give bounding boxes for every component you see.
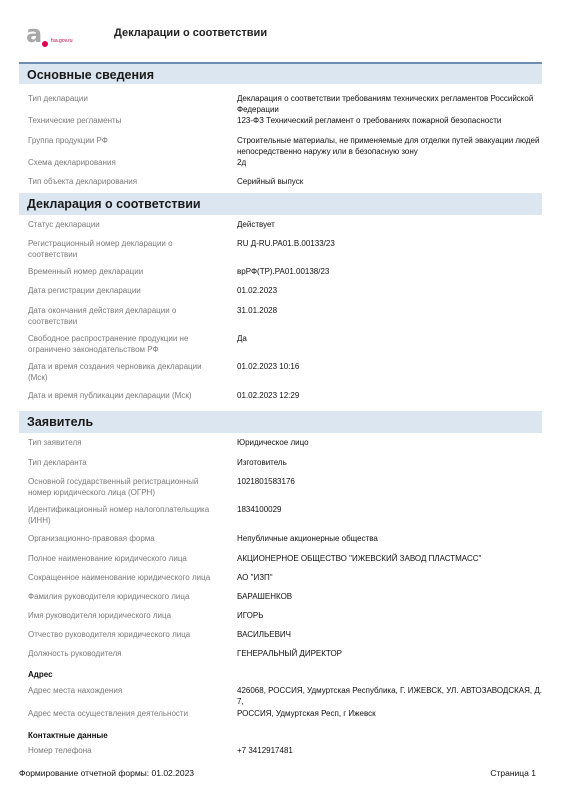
logo-letter: а: [26, 22, 42, 46]
section-declaration-header: Декларация о соответствии: [19, 193, 542, 215]
field-value: Да: [237, 333, 547, 344]
field-value: 01.02.2023 10:16: [237, 361, 547, 372]
page-title: Декларации о соответствии: [114, 27, 267, 39]
field-value: 01.02.2023: [237, 285, 547, 296]
field-value: RU Д-RU.PA01.B.00133/23: [237, 238, 547, 249]
field-label: Фамилия руководителя юридического лица: [28, 591, 223, 602]
field-label: Временный номер декларации: [28, 266, 223, 277]
field-label: Технические регламенты: [28, 115, 223, 126]
field-value: 123-ФЗ Технический регламент о требовани…: [237, 115, 547, 126]
field-label: Адрес места нахождения: [28, 685, 223, 696]
field-label: Тип декларации: [28, 93, 223, 104]
field-label: Дата окончания действия декларации о соо…: [28, 305, 223, 327]
field-value: ИГОРЬ: [237, 610, 547, 621]
field-label: Схема декларирования: [28, 157, 223, 168]
logo-dot-icon: [42, 41, 48, 47]
fsa-logo: а fsa.gov.ru: [26, 26, 96, 50]
section-title: Декларация о соответствии: [27, 197, 201, 211]
field-value: АКЦИОНЕРНОЕ ОБЩЕСТВО "ИЖЕВСКИЙ ЗАВОД ПЛА…: [237, 553, 547, 564]
section-applicant-header: Заявитель: [19, 411, 542, 433]
page-number: Страница 1: [490, 768, 536, 778]
field-value: РОССИЯ, Удмуртская Респ, г Ижевск: [237, 708, 547, 719]
field-label: Идентификационный номер налогоплательщик…: [28, 504, 223, 526]
field-label: Дата и время создания черновика декларац…: [28, 361, 223, 383]
report-generation-date: Формирование отчетной формы: 01.02.2023: [19, 768, 194, 778]
field-value: врРФ(ТР).PA01.00138/23: [237, 266, 547, 277]
field-value: Непубличные акционерные общества: [237, 533, 547, 544]
field-label: Имя руководителя юридического лица: [28, 610, 223, 621]
address-subheading: Адрес: [28, 670, 53, 679]
field-value: 1834100029: [237, 504, 547, 515]
field-label: Тип объекта декларирования: [28, 176, 223, 187]
field-label: Должность руководителя: [28, 648, 223, 659]
section-title: Основные сведения: [27, 68, 154, 82]
field-value: 2д: [237, 157, 547, 168]
field-value: Изготовитель: [237, 457, 547, 468]
field-label: Тип декларанта: [28, 457, 223, 468]
field-value: Декларация о соответствии требованиям те…: [237, 93, 547, 115]
field-value: 01.02.2023 12:29: [237, 390, 547, 401]
field-label: Номер телефона: [28, 745, 223, 756]
field-label: Группа продукции РФ: [28, 135, 223, 146]
section-title: Заявитель: [27, 415, 93, 429]
field-label: Тип заявителя: [28, 437, 223, 448]
field-label: Сокращенное наименование юридического ли…: [28, 572, 223, 583]
field-label: Отчество руководителя юридического лица: [28, 629, 223, 640]
field-value: 31.01.2028: [237, 305, 547, 316]
field-label: Дата регистрации декларации: [28, 285, 223, 296]
field-value: Действует: [237, 219, 547, 230]
contacts-subheading: Контактные данные: [28, 731, 108, 740]
field-value: Строительные материалы, не применяемые д…: [237, 135, 547, 157]
field-value: Серийный выпуск: [237, 176, 547, 187]
field-value: ВАСИЛЬЕВИЧ: [237, 629, 547, 640]
field-value: 1021801583176: [237, 476, 547, 487]
field-label: Организационно-правовая форма: [28, 533, 223, 544]
section-main-header: Основные сведения: [19, 62, 542, 84]
field-label: Адрес места осуществления деятельности: [28, 708, 223, 719]
page-header: а fsa.gov.ru Декларации о соответствии: [0, 0, 565, 62]
field-value: АО "ИЗП": [237, 572, 547, 583]
field-value: БАРАШЕНКОВ: [237, 591, 547, 602]
field-value: 426068, РОССИЯ, Удмуртская Республика, Г…: [237, 685, 547, 707]
field-label: Регистрационный номер декларации о соотв…: [28, 238, 223, 260]
field-label: Основной государственный регистрационный…: [28, 476, 223, 498]
field-label: Дата и время публикации декларации (Мск): [28, 390, 223, 401]
field-label: Статус декларации: [28, 219, 223, 230]
field-value: Юридическое лицо: [237, 437, 547, 448]
field-label: Свободное распространение продукции не о…: [28, 333, 223, 355]
field-label: Полное наименование юридического лица: [28, 553, 223, 564]
logo-site: fsa.gov.ru: [51, 38, 73, 44]
field-value: ГЕНЕРАЛЬНЫЙ ДИРЕКТОР: [237, 648, 547, 659]
field-value: +7 3412917481: [237, 745, 547, 756]
